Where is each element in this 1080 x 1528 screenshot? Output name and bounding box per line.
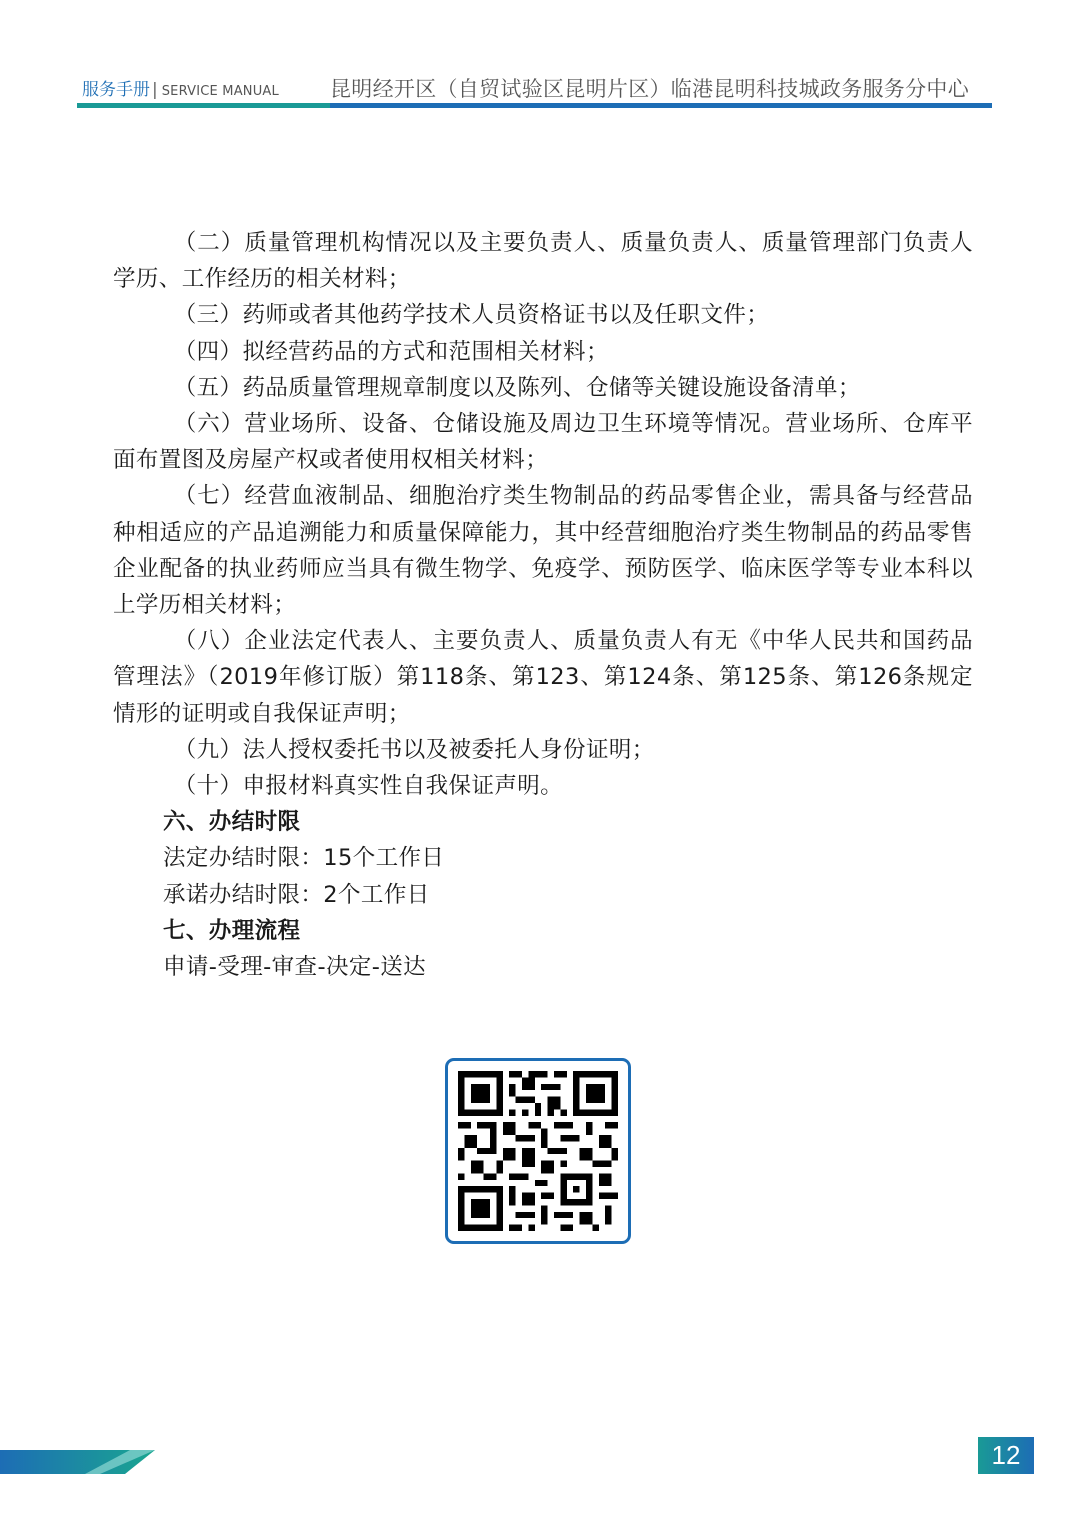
list-item: （八）企业法定代表人、主要负责人、质量负责人有无《中华人民共和国药品管理法》（2… (113, 623, 973, 732)
document-body: （二）质量管理机构情况以及主要负责人、质量负责人、质量管理部门负责人学历、工作经… (113, 225, 973, 985)
list-item: （二）质量管理机构情况以及主要负责人、质量负责人、质量管理部门负责人学历、工作经… (113, 225, 973, 297)
list-item: （四）拟经营药品的方式和范围相关材料； (113, 334, 973, 370)
legal-time-limit: 法定办结时限：15个工作日 (113, 840, 973, 876)
list-item: （七）经营血液制品、细胞治疗类生物制品的药品零售企业，需具备与经营品种相适应的产… (113, 478, 973, 623)
section-heading-process: 七、办理流程 (113, 913, 973, 949)
process-flow: 申请-受理-审查-决定-送达 (113, 949, 973, 985)
brand-separator: | (152, 80, 158, 100)
page-header: 服务手册|SERVICE MANUAL 昆明经开区（自贸试验区昆明片区）临港昆明… (77, 70, 992, 110)
list-item: （六）营业场所、设备、仓储设施及周边卫生环境等情况。营业场所、仓库平面布置图及房… (113, 406, 973, 478)
list-item: （九）法人授权委托书以及被委托人身份证明； (113, 732, 973, 768)
qr-code (445, 1058, 631, 1244)
footer-accent-bar (0, 1450, 160, 1474)
section-heading-time-limit: 六、办结时限 (113, 804, 973, 840)
header-rule (77, 103, 992, 108)
brand: 服务手册|SERVICE MANUAL (82, 75, 279, 100)
brand-cn: 服务手册 (82, 80, 150, 100)
qr-code-icon (458, 1071, 618, 1231)
brand-en: SERVICE MANUAL (162, 84, 279, 99)
list-item: （五）药品质量管理规章制度以及陈列、仓储等关键设施设备清单； (113, 370, 973, 406)
promised-time-limit: 承诺办结时限：2个工作日 (113, 877, 973, 913)
list-item: （十）申报材料真实性自我保证声明。 (113, 768, 973, 804)
org-title: 昆明经开区（自贸试验区昆明片区）临港昆明科技城政务服务分中心 (330, 73, 969, 103)
page-number: 12 (978, 1437, 1034, 1474)
list-item: （三）药师或者其他药学技术人员资格证书以及任职文件； (113, 297, 973, 333)
